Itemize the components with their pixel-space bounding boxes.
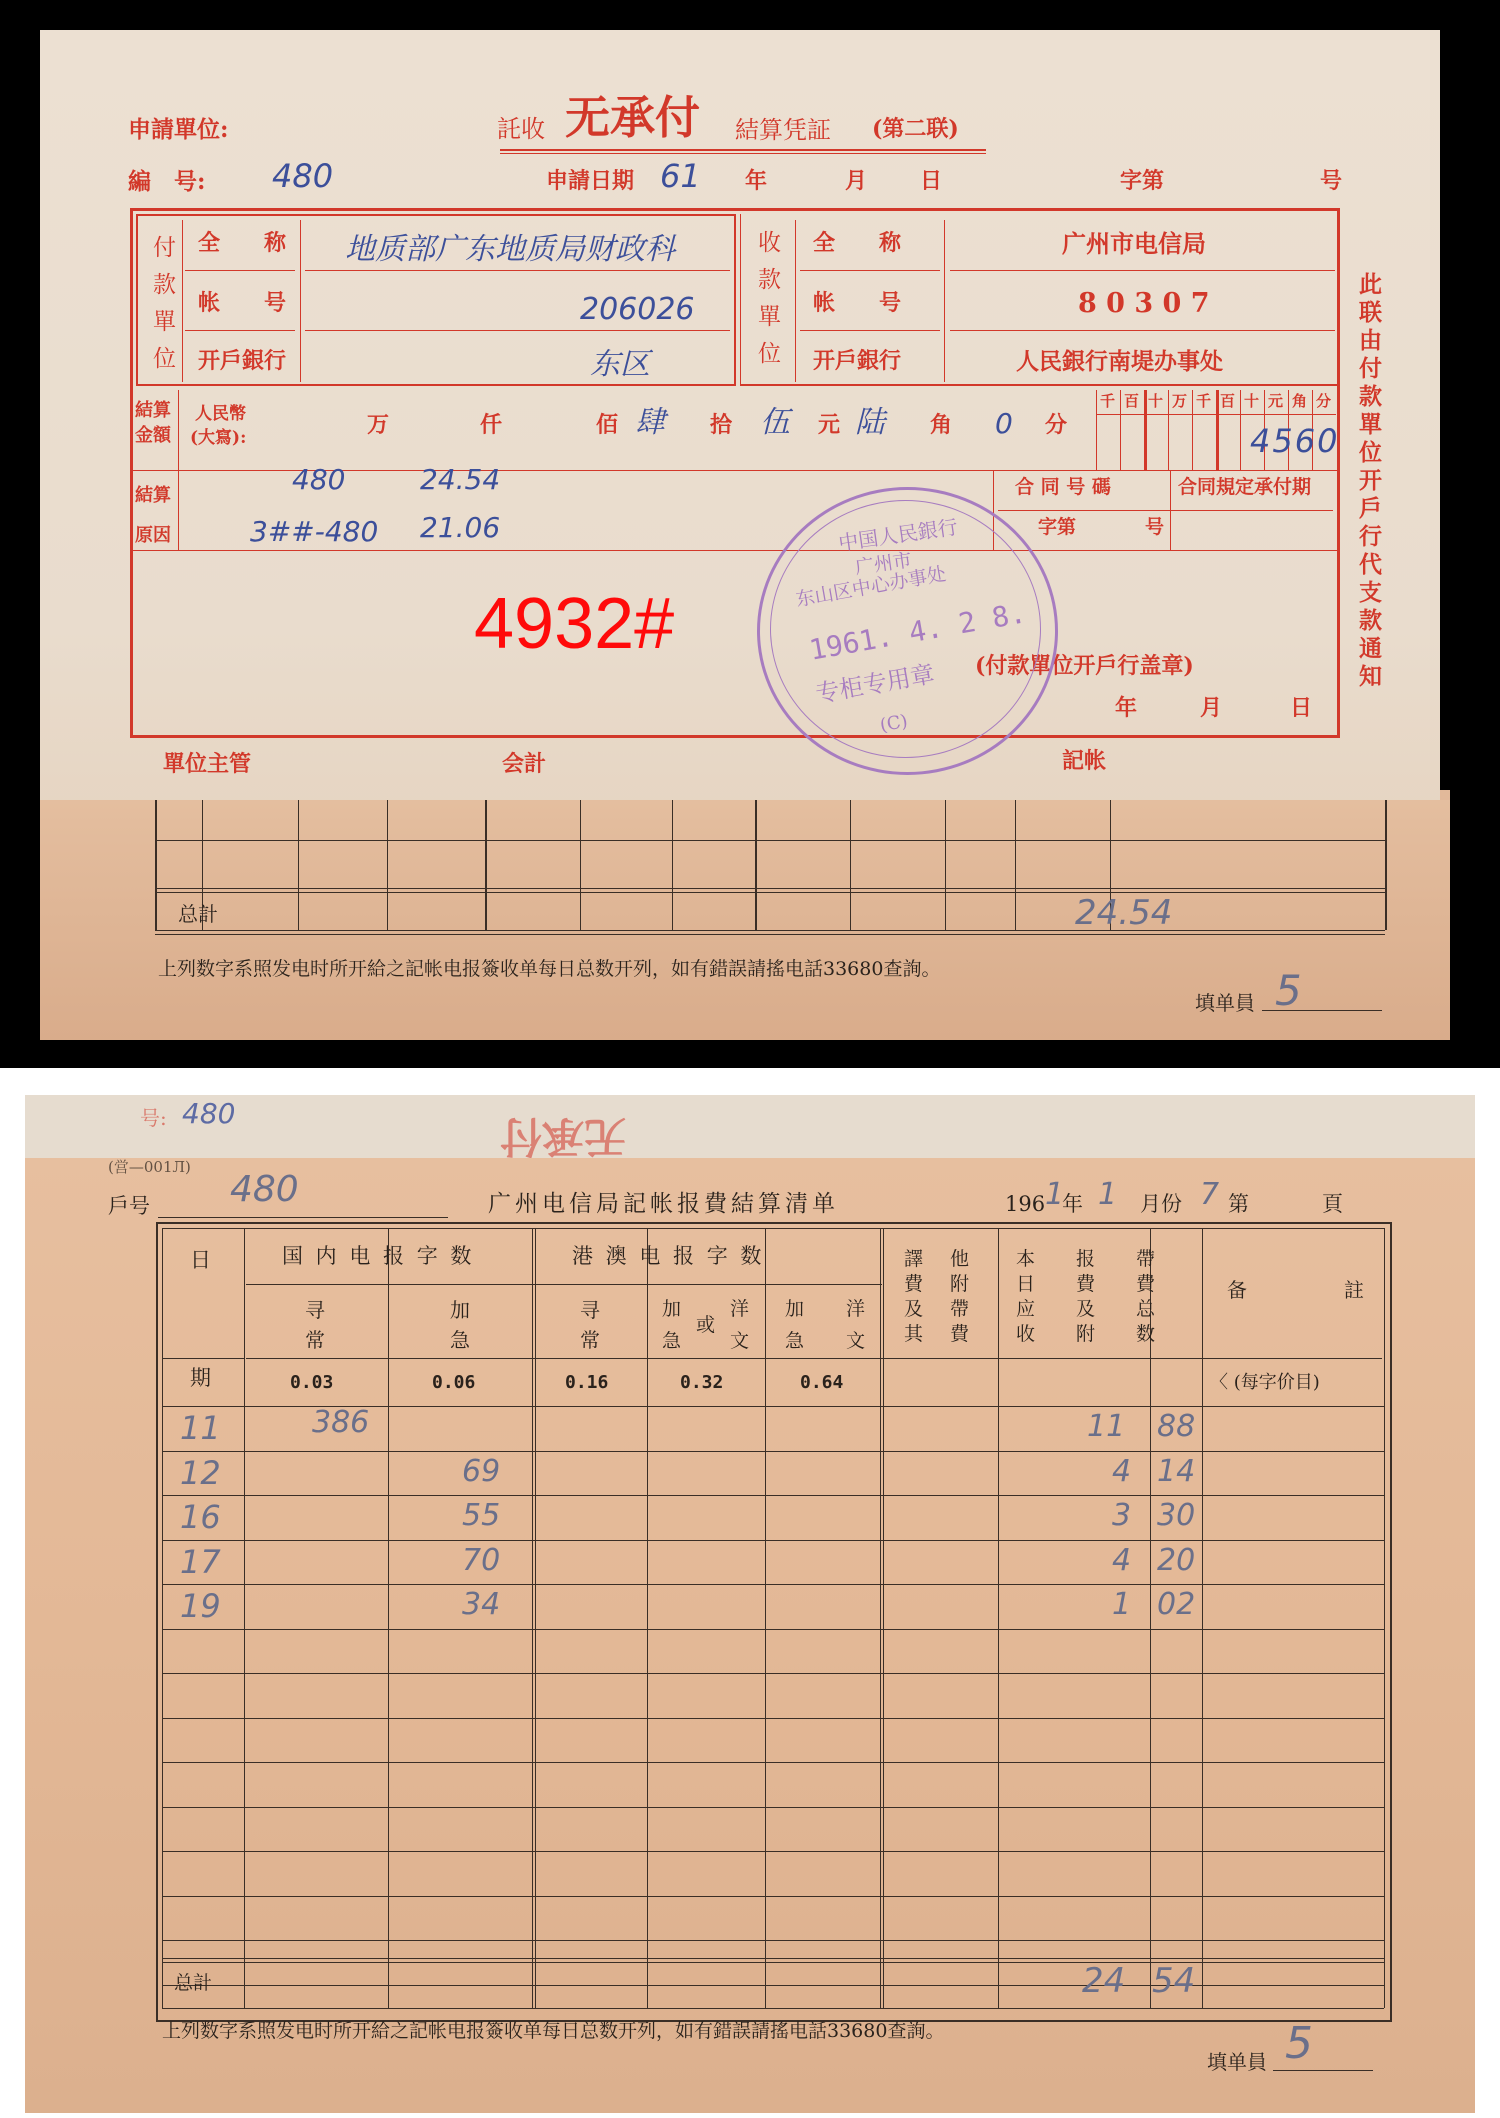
- under-col-line: [850, 800, 851, 930]
- jiao-label: 角: [930, 414, 952, 436]
- title-underline: [500, 149, 986, 151]
- payer-bank-value: 东区: [590, 350, 650, 380]
- currency-sub: (大寫):: [190, 430, 246, 447]
- page-label: 頁: [1322, 1194, 1343, 1215]
- header-hkmacau-group: 港 澳 电 报 字 数: [572, 1246, 764, 1267]
- header-other-fees-char: 譯: [904, 1250, 923, 1269]
- payer-box-bottom: [136, 384, 736, 386]
- body-row-line: [162, 1540, 1384, 1541]
- header-other-fees-char: 及: [904, 1300, 923, 1319]
- under-total-label: 总計: [178, 904, 218, 924]
- total-fen: 54: [1152, 1964, 1195, 1998]
- table-col-line: [765, 1228, 766, 2008]
- digit-divider: [1120, 390, 1121, 470]
- statement-table: 日期国 内 电 报 字 数港 澳 电 报 字 数寻常加急寻常加洋或急文加洋急文譯…: [162, 1228, 1384, 2016]
- contract-ref-no: 号: [1145, 518, 1164, 537]
- rate-hk-urgent-or-foreign: 0.32: [680, 1374, 723, 1392]
- digit-header: 十: [1244, 394, 1259, 409]
- table-outer-right: [1390, 1222, 1392, 2022]
- payee-side-label: 收款單位: [755, 230, 778, 378]
- row-dom-urgent: 55: [462, 1501, 500, 1531]
- body-row-line: [162, 1673, 1384, 1674]
- under-total-value: 24.54: [1075, 896, 1172, 930]
- under-col-line: [1385, 800, 1387, 930]
- sub-hk-uf-1: 加: [662, 1300, 681, 1319]
- side-note: 此联由付款單位开戶行代支款通知: [1357, 272, 1380, 692]
- table-col-line: [535, 1228, 536, 2008]
- payee-full-name-value: 广州市电信局: [1062, 232, 1206, 256]
- account-label: 戶号: [108, 1196, 150, 1217]
- year-label: 年: [745, 170, 767, 192]
- yuan-label: 元: [818, 414, 840, 436]
- title-underline-2: [500, 153, 986, 154]
- bleed-number-label: 号:: [140, 1108, 167, 1128]
- digit-header: 千: [1196, 394, 1211, 409]
- under-col-line: [672, 800, 673, 930]
- table-col-line: [532, 1228, 533, 2008]
- total-sep-2: [162, 1962, 1384, 1963]
- header-domestic-group: 国 内 电 报 字 数: [282, 1246, 474, 1267]
- header-daily-total-char: 报: [1076, 1250, 1095, 1269]
- digit-divider: [1168, 390, 1169, 470]
- reason-row-bottom: [133, 550, 1337, 551]
- payee-row1b: [950, 270, 1335, 271]
- statement-title: 广州电信局記帐报費結算清单: [488, 1193, 839, 1216]
- sub-hk-uf-3: 或: [696, 1316, 715, 1335]
- year-label: 年: [1062, 1194, 1083, 1215]
- currency-label: 人民幣: [195, 406, 246, 423]
- digit-divider: [1192, 390, 1193, 470]
- digit-header: 角: [1292, 394, 1307, 409]
- voucher-title-main: 无承付: [565, 95, 700, 140]
- row-day: 11: [180, 1412, 221, 1444]
- header-other-fees-char: 其: [904, 1325, 923, 1344]
- payee-box-bottom: [740, 384, 1337, 386]
- payer-row2b: [305, 330, 730, 331]
- reason-line1-b: 24.54: [420, 466, 500, 494]
- under-col-line: [580, 800, 581, 930]
- payee-account-label: 帐 号: [813, 292, 901, 314]
- payer-row1: [185, 270, 295, 271]
- header-daily-total-char: 收: [1016, 1325, 1035, 1344]
- row-dom-urgent: 70: [462, 1546, 500, 1576]
- sub-dom-normal-1: 寻: [305, 1300, 325, 1320]
- jiao-value: 陆: [855, 408, 885, 438]
- sub-hk-normal-2: 常: [580, 1330, 600, 1350]
- contract-no-label: 合 同 号 碼: [1015, 478, 1111, 497]
- payee-row2b: [950, 330, 1335, 331]
- sub-dom-normal-2: 常: [305, 1330, 325, 1350]
- title-prefix: 託收: [497, 117, 545, 141]
- digit-divider: [1096, 390, 1097, 470]
- seal-month: 月: [1200, 697, 1222, 719]
- payee-col2: [944, 220, 945, 382]
- page-prefix: 第: [1228, 1194, 1249, 1215]
- payer-box-right: [734, 214, 736, 386]
- payer-side-label: 付款單位: [150, 235, 173, 383]
- footer-accountant: 会計: [502, 753, 546, 775]
- body-row-line: [162, 1762, 1384, 1763]
- sub-hk-uf-2: 洋: [730, 1300, 749, 1319]
- date-subheader-line: [162, 1358, 244, 1359]
- group-header-line: [246, 1284, 882, 1285]
- header-daily-total-char: 帶: [1136, 1250, 1155, 1269]
- table-outer-left: [156, 1222, 158, 2022]
- footer-bookkeeper: 記帐: [1062, 750, 1106, 772]
- table-inner-left: [162, 1228, 163, 2008]
- sub-hk-f-4: 文: [846, 1332, 865, 1351]
- shi-label: 拾: [710, 414, 732, 436]
- payee-col1: [795, 220, 796, 382]
- header-remarks-1: 备: [1227, 1280, 1247, 1300]
- header-remarks-2: 註: [1344, 1280, 1364, 1300]
- sub-hk-uf-4: 急: [662, 1332, 681, 1351]
- table-col-line: [244, 1228, 245, 2008]
- subheader-line: [246, 1358, 1382, 1359]
- contract-term-label: 合同規定承付期: [1178, 478, 1311, 497]
- row-total-fen: 88: [1157, 1412, 1195, 1442]
- sub-hk-normal-1: 寻: [580, 1300, 600, 1320]
- sub-hk-f-1: 加: [785, 1300, 804, 1319]
- sub-hk-f-2: 洋: [846, 1300, 865, 1319]
- under-row-line: [155, 840, 1385, 841]
- digit-header: 十: [1148, 394, 1163, 409]
- body-row-line: [162, 1985, 1384, 1986]
- under-row-line: [155, 934, 1385, 935]
- row-day: 12: [180, 1457, 221, 1489]
- row-day: 16: [180, 1501, 221, 1533]
- under-filler-label: 填单員: [1195, 993, 1255, 1013]
- header-other-fees-char: 附: [950, 1275, 969, 1294]
- row-day: 17: [180, 1546, 221, 1578]
- body-row-line: [162, 1718, 1384, 1719]
- row-total-yuan: 4: [1112, 1546, 1131, 1576]
- contract-mid-line: [998, 510, 1333, 511]
- date-year-value: 61: [660, 160, 701, 192]
- row-total-fen: 14: [1157, 1457, 1195, 1487]
- under-footnote: 上列数字系照发电时所开給之記帐电报簽收单每日总数开列，如有錯誤請搖电話33680…: [158, 960, 940, 979]
- table-col-line: [883, 1228, 884, 2008]
- table-col-line: [880, 1228, 881, 2008]
- header-other-fees-char: 他: [950, 1250, 969, 1269]
- header-daily-total-char: 日: [1016, 1275, 1035, 1294]
- shi-value: 肆: [635, 408, 665, 438]
- statement-footnote: 上列数字系照发电时所开給之記帐电报簽收单每日总数开列，如有錯誤請搖电話33680…: [162, 2022, 944, 2041]
- digit-divider: [1216, 390, 1219, 470]
- under-filler-sign: 5: [1275, 970, 1302, 1012]
- table-col-line: [388, 1228, 389, 2008]
- header-other-fees-char: 帶: [950, 1300, 969, 1319]
- header-daily-total-char: 本: [1016, 1250, 1035, 1269]
- seal-day: 日: [1290, 697, 1312, 719]
- payer-col2: [300, 220, 301, 382]
- row-total-fen: 30: [1157, 1501, 1195, 1531]
- amount-label-divider: [178, 390, 179, 470]
- reason-label-divider: [178, 470, 179, 550]
- payer-account-value: 206026: [580, 295, 695, 325]
- total-sep-1: [162, 1958, 1384, 1959]
- under-col-line: [945, 800, 946, 930]
- seal-year: 年: [1115, 697, 1137, 719]
- payee-row1: [800, 270, 940, 271]
- ref-char-label: 字第: [1120, 170, 1164, 192]
- under-col-line: [298, 800, 299, 930]
- header-daily-total-char: 数: [1136, 1325, 1155, 1344]
- page-handwritten: 7: [1200, 1180, 1219, 1210]
- payer-account-label: 帐 号: [198, 292, 286, 314]
- table-inner-bottom: [162, 2008, 1384, 2009]
- payer-row2: [185, 330, 295, 331]
- table-col-line: [998, 1228, 999, 2008]
- qian-label: 仟: [480, 414, 502, 436]
- header-daily-total-char: 費: [1136, 1275, 1155, 1294]
- filler-label: 填单員: [1207, 2052, 1267, 2072]
- under-col-line: [755, 800, 757, 930]
- table-top-border: [130, 208, 1340, 211]
- under-col-line: [485, 800, 487, 930]
- contract-ref-char: 字第: [1038, 518, 1076, 537]
- under-col-line: [1015, 800, 1016, 930]
- sub-dom-urgent-1: 加: [450, 1300, 470, 1320]
- account-value: 480: [230, 1172, 299, 1208]
- under-col-line: [387, 800, 388, 930]
- row-dom-urgent: 69: [462, 1457, 500, 1487]
- body-row-line: [162, 1940, 1384, 1941]
- rate-hk-urgent-foreign: 0.64: [800, 1374, 843, 1392]
- digit-divider: [1240, 390, 1241, 470]
- sub-hk-uf-5: 文: [730, 1332, 749, 1351]
- header-daily-total-char: 总: [1136, 1300, 1155, 1319]
- reason-line1-a: 480: [292, 466, 345, 494]
- payer-row1b: [305, 270, 730, 271]
- digit-header: 分: [1316, 394, 1331, 409]
- total-label: 总計: [174, 1974, 212, 1993]
- payee-account-value: 8 0 3 0 7: [1078, 290, 1210, 317]
- title-suffix: 結算凭証: [735, 118, 831, 142]
- amount-digits-value: 4560: [1250, 425, 1339, 457]
- form-code: (営—001Л): [108, 1160, 191, 1175]
- yuan-value: 伍: [760, 408, 790, 438]
- payer-box-top: [136, 214, 736, 216]
- header-daily-total-char: 及: [1076, 1300, 1095, 1319]
- fen-label: 分: [1045, 414, 1067, 436]
- payer-col1: [182, 220, 183, 382]
- payer-bank-label: 开戶銀行: [198, 350, 286, 372]
- header-date-top: 日: [190, 1250, 211, 1271]
- under-col-line: [155, 800, 157, 930]
- payee-full-name-label: 全 称: [813, 232, 901, 254]
- digit-divider: [1144, 390, 1147, 470]
- header-other-fees-char: 費: [904, 1275, 923, 1294]
- rate-dom-normal: 0.03: [290, 1374, 333, 1392]
- applicant-unit-label: 申請單位:: [128, 118, 229, 141]
- body-row-line: [162, 1584, 1384, 1585]
- header-other-fees-char: 費: [950, 1325, 969, 1344]
- row-total-yuan: 1: [1112, 1590, 1131, 1620]
- reason-line2-b: 21.06: [420, 514, 500, 542]
- body-row-line: [162, 1451, 1384, 1452]
- header-date-bottom: 期: [190, 1368, 211, 1389]
- sub-hk-f-3: 急: [785, 1332, 804, 1351]
- number-label: 編 号:: [128, 170, 206, 193]
- row-day: 19: [180, 1590, 221, 1622]
- bleed-number: 480: [182, 1100, 235, 1128]
- table-inner-top: [162, 1228, 1384, 1229]
- under-strip-grid: [155, 800, 1385, 935]
- payee-row2: [800, 330, 940, 331]
- account-underline: [158, 1217, 448, 1218]
- month-label: 月份: [1140, 1194, 1182, 1215]
- row-dom-urgent: 34: [462, 1590, 500, 1620]
- month-label: 月: [845, 170, 867, 192]
- table-inner-right: [1384, 1228, 1385, 2008]
- body-row-line: [162, 1807, 1384, 1808]
- wan-label: 万: [367, 414, 389, 436]
- footer-supervisor: 單位主管: [163, 753, 251, 775]
- table-col-line: [647, 1228, 648, 2008]
- digit-header: 千: [1100, 394, 1115, 409]
- copy-label: (第二联): [872, 118, 959, 140]
- rate-dom-urgent: 0.06: [432, 1374, 475, 1392]
- under-row-line: [155, 892, 1385, 893]
- reason-line2-a: 3##-480: [250, 518, 378, 546]
- table-col-line: [1150, 1228, 1151, 2008]
- table-outer-top: [156, 1222, 1390, 1224]
- row-total-yuan: 3: [1112, 1501, 1131, 1531]
- digit-header: 元: [1268, 394, 1283, 409]
- filler-sign: 5: [1285, 2022, 1313, 2066]
- amount-row-label: 結算金額: [135, 398, 175, 448]
- body-row-line: [162, 1495, 1384, 1496]
- digit-header: 百: [1220, 394, 1235, 409]
- bai-label: 佰: [596, 414, 618, 436]
- digit-header-line: [1096, 414, 1336, 415]
- body-row-line: [162, 1851, 1384, 1852]
- sub-dom-urgent-2: 急: [450, 1330, 470, 1350]
- table-left-border: [130, 208, 133, 736]
- rate-hk-normal: 0.16: [565, 1374, 608, 1392]
- overlay-catalog-number: 4932#: [474, 588, 674, 660]
- digit-header: 百: [1124, 394, 1139, 409]
- row-dom-normal: 386: [312, 1408, 369, 1438]
- payee-box-left: [740, 214, 741, 386]
- header-daily-total-char: 附: [1076, 1325, 1095, 1344]
- digit-header: 万: [1172, 394, 1187, 409]
- payee-bank-label: 开戶銀行: [813, 350, 901, 372]
- rate-remarks-note: 〈 (每字价目): [1210, 1374, 1320, 1392]
- payee-bank-value: 人民銀行南堤办事处: [1016, 350, 1223, 373]
- bleed-title-mirrored: 无承付: [500, 1115, 626, 1157]
- payer-full-name-label: 全 称: [198, 232, 286, 254]
- ref-no-label: 号: [1320, 170, 1342, 192]
- month-handwritten: 1: [1098, 1180, 1117, 1210]
- row-total-yuan: 11: [1087, 1412, 1125, 1442]
- table-bottom-border: [130, 735, 1340, 738]
- under-row-line: [155, 930, 1385, 931]
- year-prefix: 196: [1005, 1194, 1045, 1215]
- row-total-fen: 02: [1157, 1590, 1195, 1620]
- day-label: 日: [920, 170, 942, 192]
- table-right-border: [1337, 208, 1340, 736]
- payer-full-name-value: 地质部广东地质局财政科: [345, 235, 675, 265]
- header-daily-total-char: 应: [1016, 1300, 1035, 1319]
- payer-box-left: [136, 214, 138, 386]
- filler-underline: [1273, 2070, 1373, 2071]
- total-yuan: 24: [1082, 1964, 1125, 1998]
- header-daily-total-char: 費: [1076, 1275, 1095, 1294]
- row-total-fen: 20: [1157, 1546, 1195, 1576]
- table-col-line: [1202, 1228, 1203, 2008]
- stamp-line5: (C): [879, 713, 910, 736]
- date-label: 申請日期: [546, 170, 634, 192]
- row-total-yuan: 4: [1112, 1457, 1131, 1487]
- reason-row-label: 結算原因: [135, 476, 175, 555]
- body-row-line: [162, 1896, 1384, 1897]
- under-row-line: [155, 888, 1385, 889]
- body-row-line: [162, 1629, 1384, 1630]
- number-value: 480: [272, 160, 333, 192]
- fen-value: 0: [995, 410, 1013, 438]
